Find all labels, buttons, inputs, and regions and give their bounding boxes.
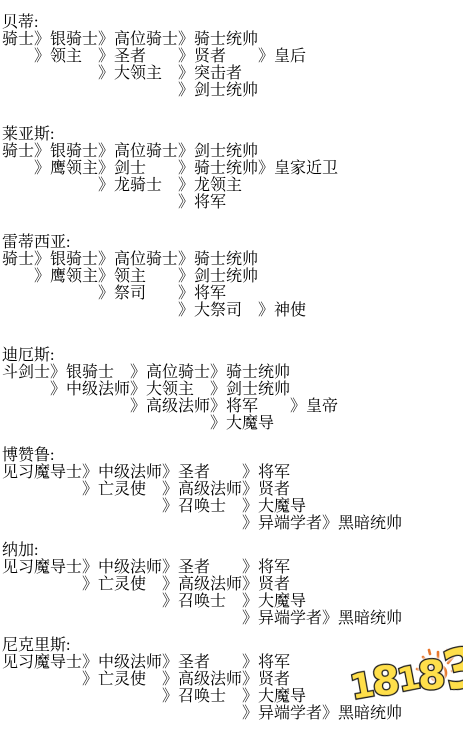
class-path-segment: 》将军 bbox=[242, 655, 290, 671]
character-section: 雷蒂西亚:骑士》银骑士》高位骑士》骑士统帅》鹰领主》领主》剑士统帅》祭司》将军》… bbox=[0, 235, 463, 321]
class-path-segment: 》大领主 bbox=[98, 66, 162, 82]
class-path-segment: 》高位骑士》骑士统帅 bbox=[130, 365, 290, 381]
class-path-segment: 骑士》银骑士》高位骑士》骑士统帅 bbox=[2, 252, 258, 268]
class-path-line: 》亡灵使》高级法师》贤者 bbox=[0, 672, 463, 689]
class-path-segment: 骑士》银骑士》高位骑士》骑士统帅 bbox=[2, 32, 258, 48]
class-path-segment: 》高级法师》贤者 bbox=[162, 577, 290, 593]
character-section: 贝蒂:骑士》银骑士》高位骑士》骑士统帅》领主》圣者》贤者》皇后》大领主》突击者》… bbox=[0, 15, 463, 101]
class-path-line: 见习魔导士》中级法师》圣者》将军 bbox=[0, 655, 463, 672]
guide-page: 贝蒂:骑士》银骑士》高位骑士》骑士统帅》领主》圣者》贤者》皇后》大领主》突击者》… bbox=[0, 0, 463, 730]
class-path-segment: 》异端学者》黑暗统帅 bbox=[242, 611, 402, 627]
class-path-segment: 》剑士统帅 bbox=[210, 382, 290, 398]
class-path-segment: 》龙领主 bbox=[178, 178, 242, 194]
class-path-line: 》召唤士》大魔导 bbox=[0, 689, 463, 706]
class-path-segment: 》将军 bbox=[242, 560, 290, 576]
class-path-line: 骑士》银骑士》高位骑士》骑士统帅 bbox=[0, 252, 463, 269]
class-path-segment: 》亡灵使 bbox=[82, 672, 146, 688]
character-section: 尼克里斯:见习魔导士》中级法师》圣者》将军》亡灵使》高级法师》贤者》召唤士》大魔… bbox=[0, 638, 463, 724]
class-path-segment: 》召唤士 bbox=[162, 689, 226, 705]
class-path-segment: 》将军 bbox=[242, 465, 290, 481]
class-path-segment: 》高级法师》贤者 bbox=[162, 482, 290, 498]
class-path-segment: 》召唤士 bbox=[162, 594, 226, 610]
class-path-line: 》亡灵使》高级法师》贤者 bbox=[0, 482, 463, 499]
class-path-line: 》高级法师》将军》皇帝 bbox=[0, 399, 463, 416]
character-section: 纳加:见习魔导士》中级法师》圣者》将军》亡灵使》高级法师》贤者》召唤士》大魔导》… bbox=[0, 543, 463, 629]
class-path-segment: 》大魔导 bbox=[210, 416, 274, 432]
class-path-segment: 》异端学者》黑暗统帅 bbox=[242, 516, 402, 532]
class-path-segment: 》贤者 bbox=[178, 49, 226, 65]
class-path-segment: 骑士》银骑士》高位骑士》剑士统帅 bbox=[2, 144, 258, 160]
class-path-line: 》异端学者》黑暗统帅 bbox=[0, 611, 463, 628]
class-path-line: 骑士》银骑士》高位骑士》骑士统帅 bbox=[0, 32, 463, 49]
class-path-line: 》异端学者》黑暗统帅 bbox=[0, 706, 463, 723]
class-path-line: 》鹰领主》领主》剑士统帅 bbox=[0, 269, 463, 286]
class-path-line: 》祭司》将军 bbox=[0, 286, 463, 303]
class-path-segment: 》皇后 bbox=[258, 49, 306, 65]
class-path-line: 斗剑士》银骑士》高位骑士》骑士统帅 bbox=[0, 365, 463, 382]
class-path-segment: 》亡灵使 bbox=[82, 482, 146, 498]
character-section: 博赞鲁:见习魔导士》中级法师》圣者》将军》亡灵使》高级法师》贤者》召唤士》大魔导… bbox=[0, 448, 463, 534]
class-path-segment: 》召唤士 bbox=[162, 499, 226, 515]
class-path-segment: 》神使 bbox=[258, 303, 306, 319]
class-path-segment: 》圣者 bbox=[98, 49, 146, 65]
class-path-line: 》大魔导 bbox=[0, 416, 463, 433]
class-path-segment: 》骑士统帅》皇家近卫 bbox=[178, 161, 338, 177]
class-path-segment: 》鹰领主》剑士 bbox=[34, 161, 146, 177]
class-path-segment: 》将军 bbox=[178, 195, 226, 211]
character-name-heading: 纳加: bbox=[2, 543, 38, 559]
class-tree-sections: 贝蒂:骑士》银骑士》高位骑士》骑士统帅》领主》圣者》贤者》皇后》大领主》突击者》… bbox=[0, 0, 463, 730]
class-path-line: 》异端学者》黑暗统帅 bbox=[0, 516, 463, 533]
character-name-heading: 尼克里斯: bbox=[2, 638, 70, 654]
class-path-line: 》召唤士》大魔导 bbox=[0, 499, 463, 516]
class-path-line: 》龙骑士》龙领主 bbox=[0, 178, 463, 195]
class-path-line: 》将军 bbox=[0, 195, 463, 212]
class-path-line: 》大祭司》神使 bbox=[0, 303, 463, 320]
character-name-heading: 博赞鲁: bbox=[2, 448, 54, 464]
class-path-segment: 》异端学者》黑暗统帅 bbox=[242, 706, 402, 722]
class-path-line: 》领主》圣者》贤者》皇后 bbox=[0, 49, 463, 66]
class-path-segment: 》领主 bbox=[34, 49, 82, 65]
class-path-segment: 》大魔导 bbox=[242, 499, 306, 515]
class-path-line: 见习魔导士》中级法师》圣者》将军 bbox=[0, 560, 463, 577]
character-name-heading: 贝蒂: bbox=[2, 15, 38, 31]
class-path-line: 》中级法师》大领主》剑士统帅 bbox=[0, 382, 463, 399]
class-path-segment: 》鹰领主》领主 bbox=[34, 269, 146, 285]
class-path-segment: 》高级法师》贤者 bbox=[162, 672, 290, 688]
class-path-line: 》剑士统帅 bbox=[0, 83, 463, 100]
class-path-line: 》召唤士》大魔导 bbox=[0, 594, 463, 611]
character-name-heading: 雷蒂西亚: bbox=[2, 235, 70, 251]
class-path-segment: 斗剑士》银骑士 bbox=[2, 365, 114, 381]
class-path-segment: 》剑士统帅 bbox=[178, 83, 258, 99]
class-path-segment: 》祭司 bbox=[98, 286, 146, 302]
class-path-line: 》大领主》突击者 bbox=[0, 66, 463, 83]
class-path-line: 骑士》银骑士》高位骑士》剑士统帅 bbox=[0, 144, 463, 161]
class-path-segment: 》亡灵使 bbox=[82, 577, 146, 593]
class-path-line: 》亡灵使》高级法师》贤者 bbox=[0, 577, 463, 594]
class-path-segment: 》大魔导 bbox=[242, 594, 306, 610]
class-path-segment: 》中级法师》大领主 bbox=[50, 382, 194, 398]
class-path-segment: 》突击者 bbox=[178, 66, 242, 82]
class-path-segment: 》皇帝 bbox=[290, 399, 338, 415]
class-path-line: 见习魔导士》中级法师》圣者》将军 bbox=[0, 465, 463, 482]
class-path-line: 》鹰领主》剑士》骑士统帅》皇家近卫 bbox=[0, 161, 463, 178]
character-name-heading: 迪厄斯: bbox=[2, 348, 54, 364]
class-path-segment: 》龙骑士 bbox=[98, 178, 162, 194]
class-path-segment: 》高级法师》将军 bbox=[130, 399, 258, 415]
character-section: 迪厄斯:斗剑士》银骑士》高位骑士》骑士统帅》中级法师》大领主》剑士统帅》高级法师… bbox=[0, 348, 463, 434]
class-path-segment: 》剑士统帅 bbox=[178, 269, 258, 285]
class-path-segment: 》大魔导 bbox=[242, 689, 306, 705]
class-path-segment: 见习魔导士》中级法师》圣者 bbox=[2, 465, 210, 481]
class-path-segment: 见习魔导士》中级法师》圣者 bbox=[2, 655, 210, 671]
class-path-segment: 》大祭司 bbox=[178, 303, 242, 319]
class-path-segment: 》将军 bbox=[178, 286, 226, 302]
character-section: 莱亚斯:骑士》银骑士》高位骑士》剑士统帅》鹰领主》剑士》骑士统帅》皇家近卫》龙骑… bbox=[0, 127, 463, 213]
class-path-segment: 见习魔导士》中级法师》圣者 bbox=[2, 560, 210, 576]
character-name-heading: 莱亚斯: bbox=[2, 127, 54, 143]
